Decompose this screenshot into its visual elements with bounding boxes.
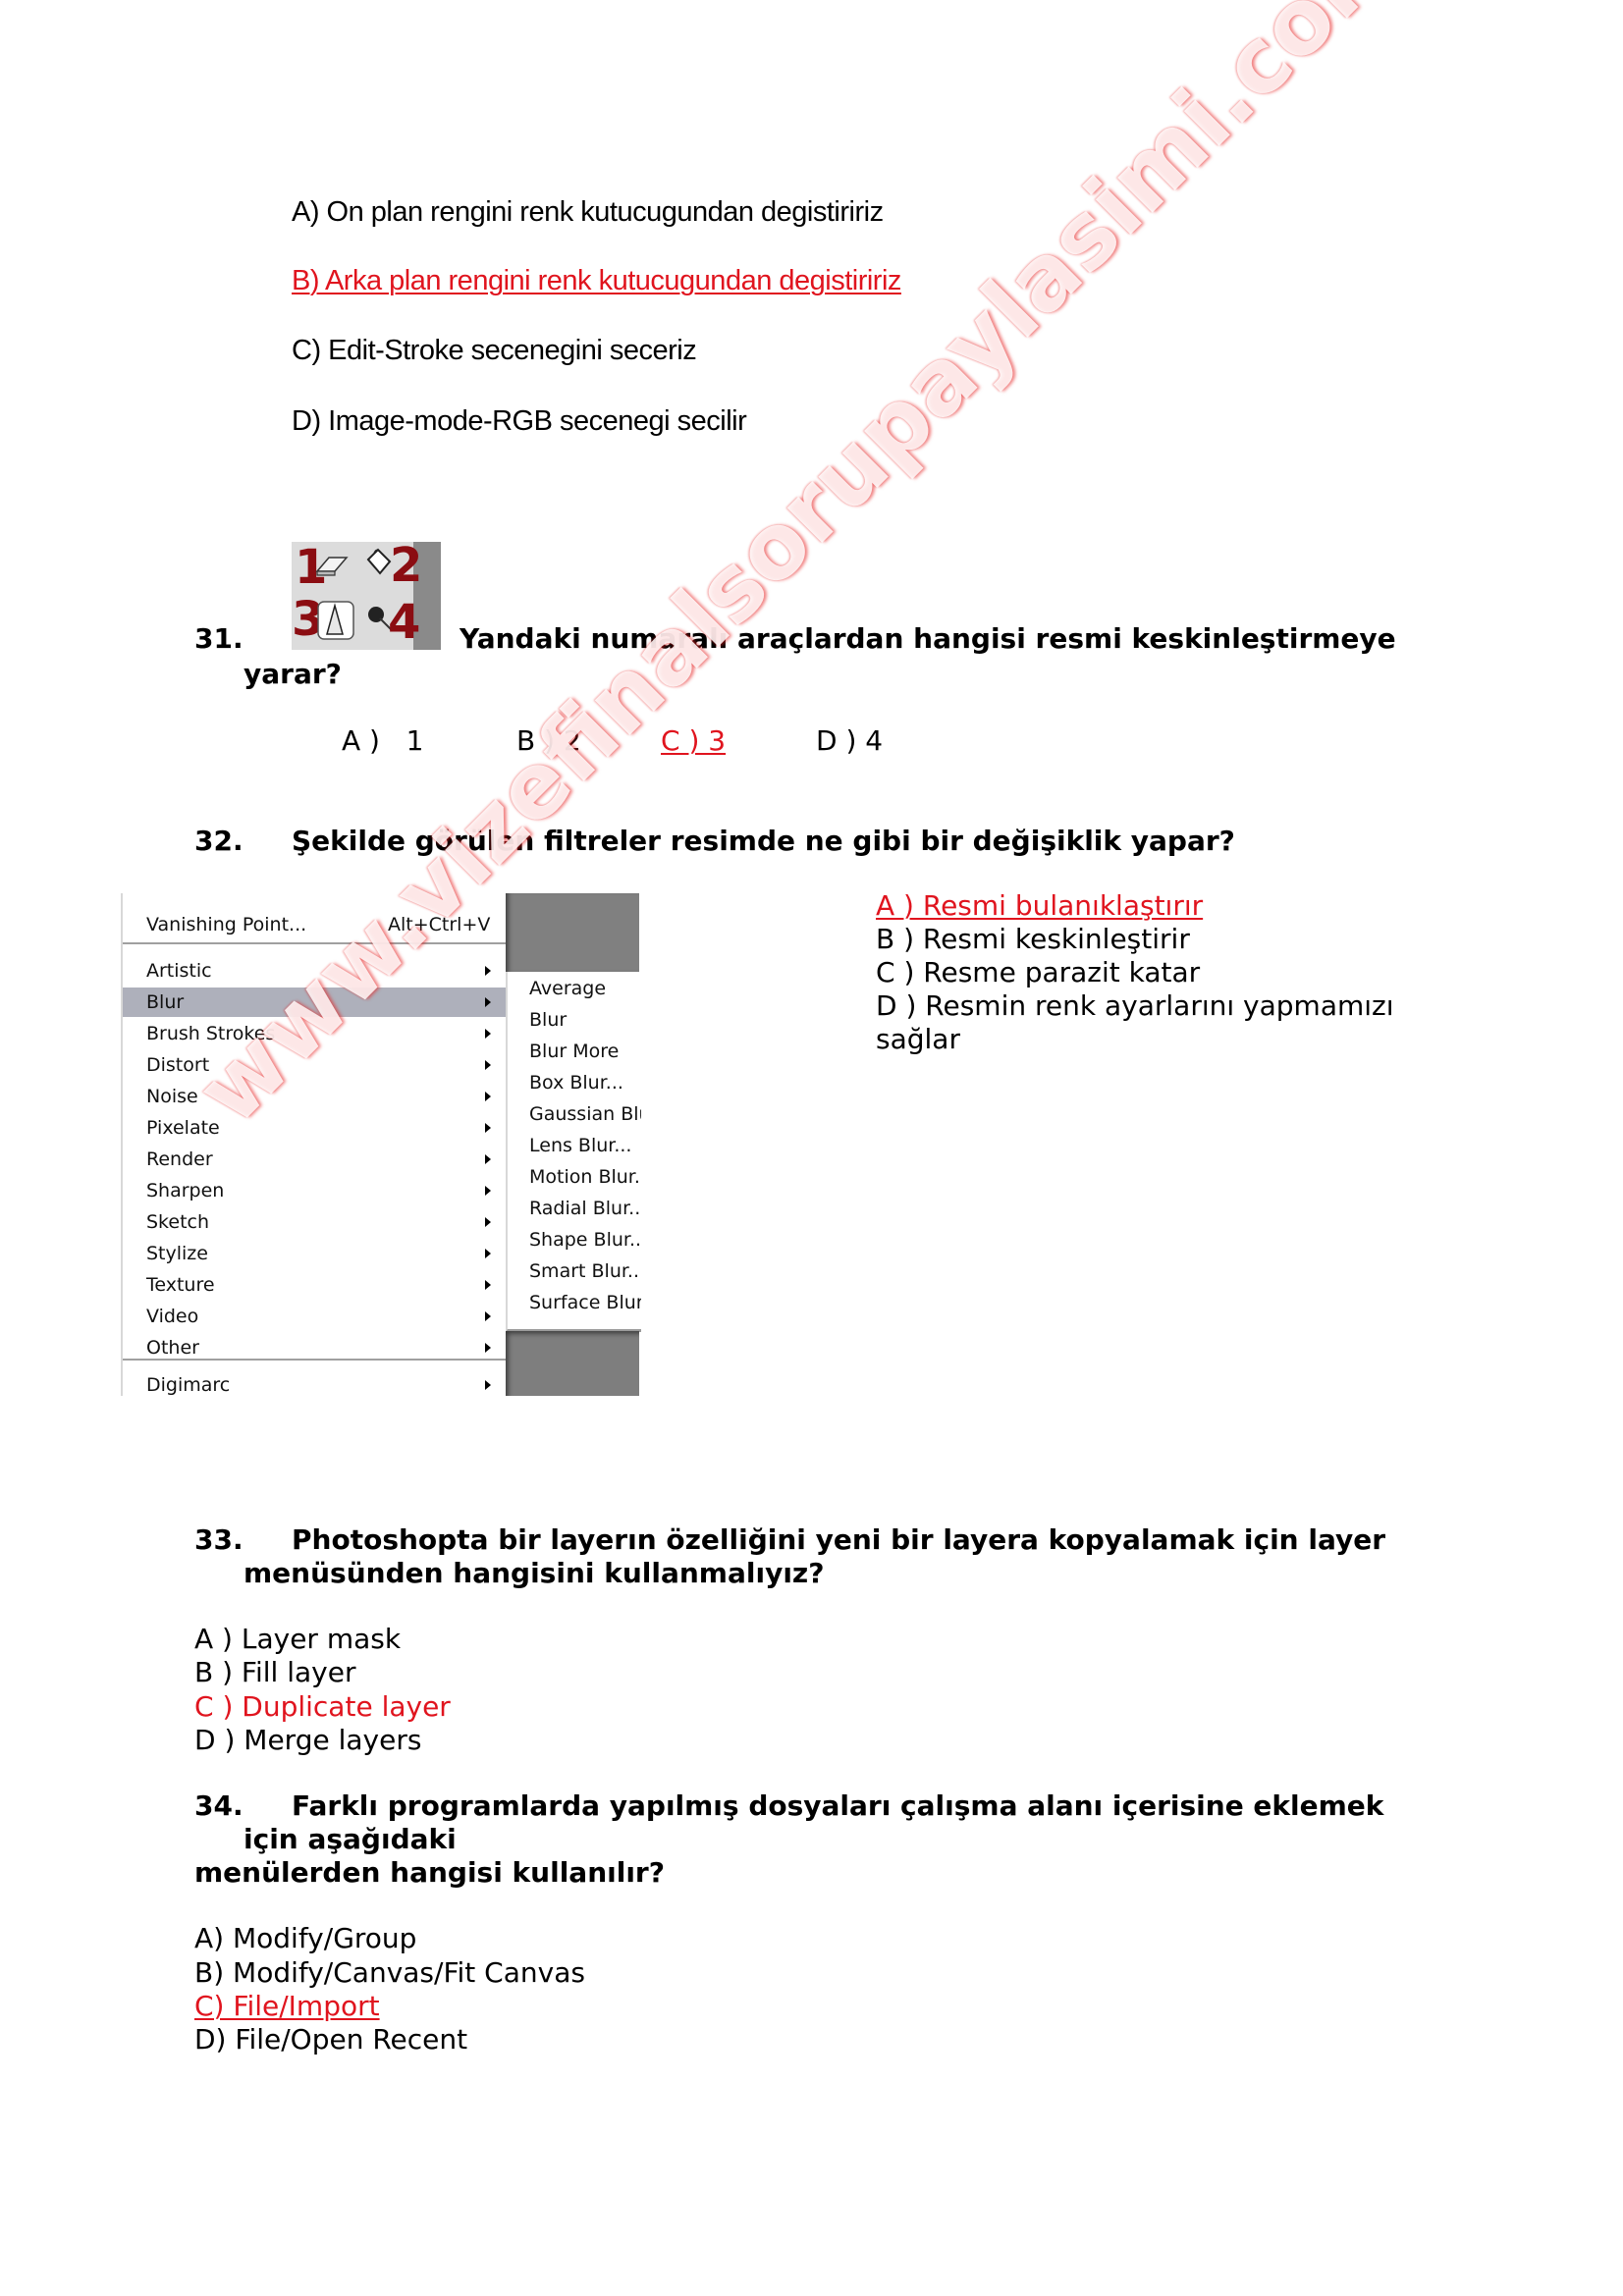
q31-option-d: D ) 4 (816, 724, 883, 757)
menu-item-artistic: Artistic (123, 956, 508, 986)
submenu-item: Blur More (529, 1037, 619, 1066)
submenu-item: Motion Blur... (529, 1162, 641, 1192)
q32-number: 32. (194, 825, 243, 857)
submenu-arrow-icon (485, 1217, 491, 1227)
submenu-arrow-icon (485, 1343, 491, 1353)
menu-item-label: Brush Strokes (146, 1019, 275, 1048)
menu-item-label: Vanishing Point... (146, 910, 306, 939)
sharpen-icon (317, 601, 354, 640)
menu-item-label: Blur (146, 988, 184, 1017)
q33-option-b: B ) Fill layer (194, 1656, 356, 1688)
q34-question-line2: için aşağıdaki (243, 1823, 457, 1855)
menu-separator (123, 942, 506, 944)
canvas-background (506, 893, 639, 972)
q33-option-d: D ) Merge layers (194, 1724, 421, 1756)
canvas-background (506, 1331, 639, 1396)
q30-option-a: A) On plan rengini renk kutucugundan deg… (292, 196, 884, 229)
q32-option-c: C ) Resme parazit katar (876, 956, 1200, 988)
q33-option-a: A ) Layer mask (194, 1623, 401, 1655)
q32-question: Şekilde görülen filtreler resimde ne gib… (292, 825, 1235, 857)
menu-item-label: Sharpen (146, 1176, 224, 1205)
submenu-item: Radial Blur... (529, 1194, 641, 1223)
menu-item-vanishing-point: Vanishing Point... Alt+Ctrl+V (123, 910, 508, 939)
q33-number: 33. (194, 1523, 243, 1556)
menu-item-label: Artistic (146, 956, 212, 986)
q34-option-c-correct: C) File/Import (194, 1990, 380, 2022)
q31-option-b: B ) 2 (516, 724, 581, 757)
q32-option-b: B ) Resmi keskinleştirir (876, 923, 1190, 955)
menu-item-label: Noise (146, 1082, 198, 1111)
q30-option-c: C) Edit-Stroke secenegini seceriz (292, 335, 696, 367)
menu-item-label: Texture (146, 1270, 215, 1300)
submenu-item: Surface Blur... (529, 1288, 641, 1317)
submenu-item: Gaussian Blur... (529, 1099, 641, 1129)
blur-submenu: AverageBlurBlur MoreBox Blur...Gaussian … (506, 972, 641, 1332)
q33-option-c-correct: C ) Duplicate layer (194, 1690, 451, 1723)
submenu-item: Blur (529, 1005, 567, 1035)
menu-item-label: Digimarc (146, 1370, 230, 1400)
tool-number-4: 4 (388, 599, 420, 646)
menu-item-label: Sketch (146, 1207, 209, 1237)
menu-item-sketch: Sketch (123, 1207, 508, 1237)
menu-item-video: Video (123, 1302, 508, 1331)
q32-option-d-continued: sağlar (876, 1023, 960, 1055)
q30-option-b-correct: B) Arka plan rengini renk kutucugundan d… (292, 265, 901, 297)
menu-separator (123, 1359, 506, 1361)
eraser-icon (315, 552, 349, 577)
submenu-arrow-icon (485, 966, 491, 976)
q32-option-a-correct: A ) Resmi bulanıklaştırır (876, 889, 1203, 922)
submenu-arrow-icon (485, 1249, 491, 1258)
submenu-arrow-icon (485, 1311, 491, 1321)
menu-item-distort: Distort (123, 1050, 508, 1080)
q32-option-d: D ) Resmin renk ayarlarını yapmamızı (876, 989, 1394, 1022)
q34-option-d: D) File/Open Recent (194, 2023, 467, 2056)
menu-shortcut: Alt+Ctrl+V (388, 910, 490, 939)
tool-palette-image: 1 2 3 4 (292, 542, 441, 650)
submenu-arrow-icon (485, 997, 491, 1007)
tool-number-2: 2 (390, 542, 422, 589)
menu-item-pixelate: Pixelate (123, 1113, 508, 1143)
q34-option-a: A) Modify/Group (194, 1922, 416, 1954)
q33-question-line1: Photoshopta bir layerın özelliğini yeni … (292, 1523, 1385, 1556)
submenu-item: Smart Blur... (529, 1256, 641, 1286)
submenu-arrow-icon (485, 1092, 491, 1101)
q31-question-line2: yarar? (243, 658, 342, 690)
submenu-arrow-icon (485, 1154, 491, 1164)
menu-item-brush-strokes: Brush Strokes (123, 1019, 508, 1048)
submenu-arrow-icon (485, 1380, 491, 1390)
q34-question-line3: menülerden hangisi kullanılır? (194, 1856, 665, 1889)
menu-item-label: Video (146, 1302, 198, 1331)
submenu-arrow-icon (485, 1029, 491, 1039)
q33-question-line2: menüsünden hangisini kullanmalıyız? (243, 1557, 824, 1589)
filter-menu-screenshot: Vanishing Point... Alt+Ctrl+V ArtisticBl… (121, 893, 508, 1396)
q34-question-line1: Farklı programlarda yapılmış dosyaları ç… (292, 1789, 1383, 1822)
q31-option-a: A ) 1 (342, 724, 424, 757)
menu-item-digimarc: Digimarc (123, 1370, 508, 1400)
menu-item-blur: Blur (123, 988, 508, 1017)
paint-bucket-icon (364, 546, 392, 579)
menu-item-label: Distort (146, 1050, 209, 1080)
q30-option-d: D) Image-mode-RGB secenegi secilir (292, 405, 746, 438)
submenu-item: Shape Blur... (529, 1225, 641, 1255)
q31-number: 31. (194, 622, 243, 655)
q31-option-c-correct: C ) 3 (661, 724, 726, 757)
q31-question-line1: Yandaki numaralı araçlardan hangisi resm… (460, 622, 1396, 655)
submenu-arrow-icon (485, 1123, 491, 1133)
menu-item-texture: Texture (123, 1270, 508, 1300)
menu-item-label: Pixelate (146, 1113, 220, 1143)
menu-item-noise: Noise (123, 1082, 508, 1111)
menu-item-label: Render (146, 1145, 213, 1174)
menu-item-render: Render (123, 1145, 508, 1174)
submenu-arrow-icon (485, 1186, 491, 1196)
submenu-item: Lens Blur... (529, 1131, 631, 1160)
submenu-arrow-icon (485, 1060, 491, 1070)
submenu-item: Box Blur... (529, 1068, 623, 1097)
menu-item-stylize: Stylize (123, 1239, 508, 1268)
submenu-arrow-icon (485, 1280, 491, 1290)
submenu-item: Average (529, 974, 606, 1003)
q34-option-b: B) Modify/Canvas/Fit Canvas (194, 1956, 585, 1989)
menu-item-label: Stylize (146, 1239, 208, 1268)
menu-item-sharpen: Sharpen (123, 1176, 508, 1205)
q34-number: 34. (194, 1789, 243, 1822)
